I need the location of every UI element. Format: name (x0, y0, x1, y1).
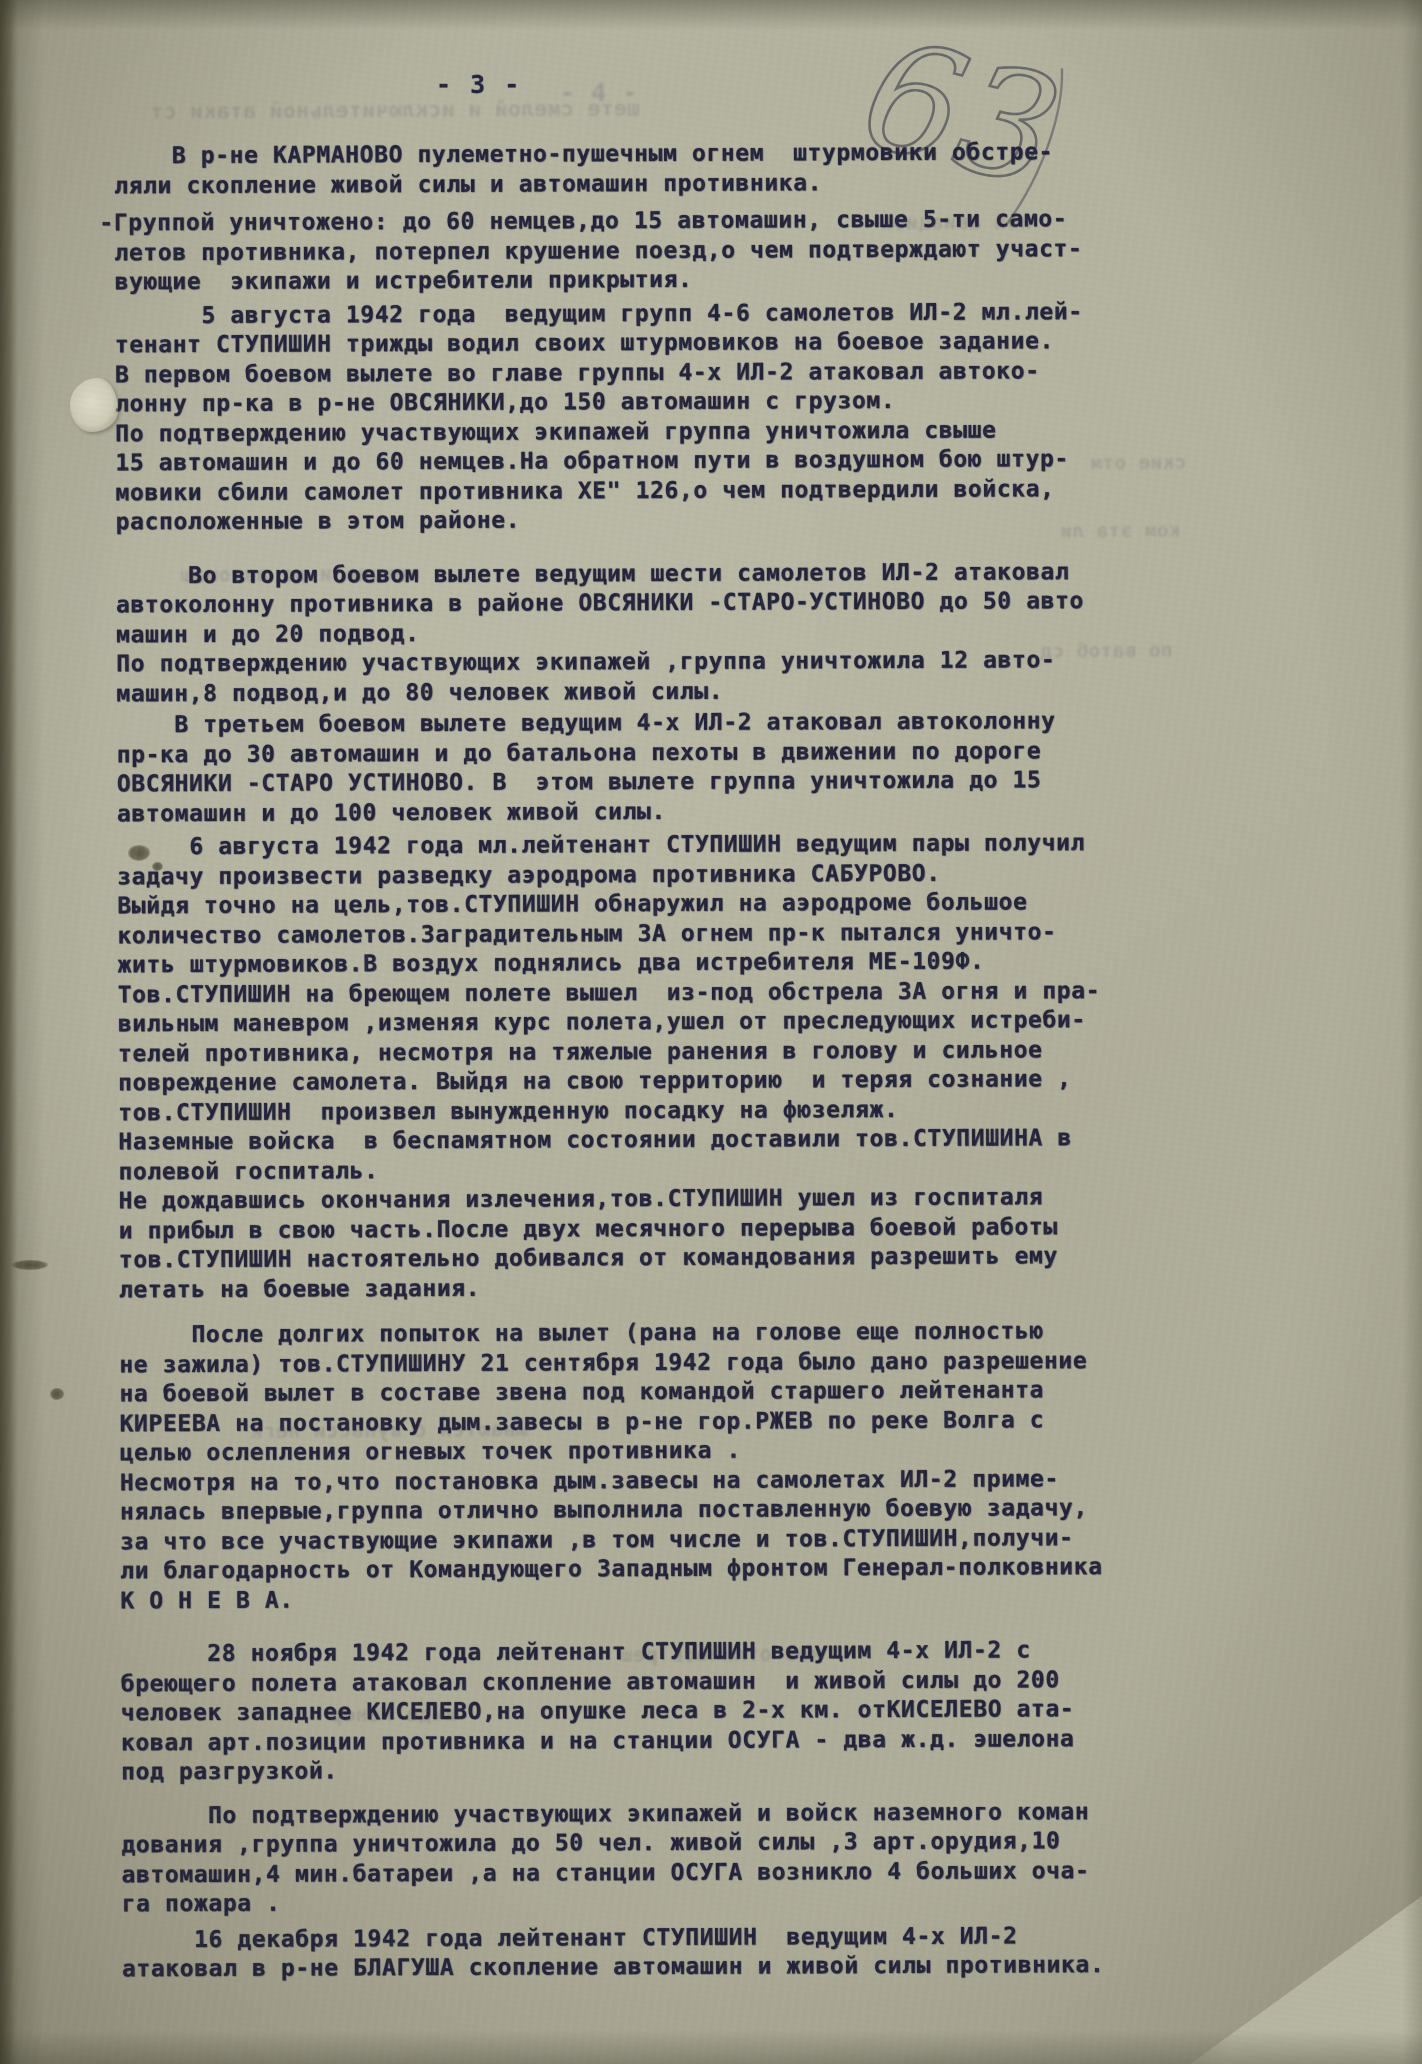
text-line: автомашин,4 мин.батареи ,а на станции ОС… (121, 1856, 1201, 1890)
text-line: В первом боевом вылете во главе группы 4… (115, 356, 1195, 390)
text-line: расположенные в этом районе. (116, 504, 1196, 538)
bleed-through-text: - 4 - (560, 78, 638, 107)
paragraph: 6 августа 1942 года мл.лейтенант СТУПИШИ… (117, 829, 1199, 1306)
text-line: -Группой уничтожено: до 60 немцев,до 15 … (114, 205, 1194, 239)
text-line: По подтверждению участвующих экипажей гр… (115, 415, 1195, 449)
paragraph: 5 августа 1942 года ведущим групп 4-6 са… (115, 297, 1196, 538)
text-line: на боевой вылет в составе звена под кома… (119, 1376, 1199, 1410)
typewritten-text-block: В р-не КАРМАНОВО пулеметно-пушечным огне… (114, 138, 1202, 1985)
text-line: К О Н Е В А. (120, 1582, 1200, 1616)
text-line: лонну пр-ка в р-не ОВСЯНИКИ,до 150 автом… (115, 386, 1195, 420)
text-line: жить штурмовиков.В воздух поднялись два … (118, 947, 1198, 981)
text-line: По подтверждению участвующих экипажей и … (121, 1797, 1201, 1831)
text-line: 15 автомашин и до 60 немцев.На обратном … (115, 445, 1195, 479)
text-line: за что все участвующие экипажи ,в том чи… (120, 1523, 1200, 1557)
text-line: ОВСЯНИКИ -СТАРО УСТИНОВО. В этом вылете … (117, 766, 1197, 800)
text-line: и прибыл в свою часть.После двух месячно… (119, 1212, 1199, 1246)
text-line: ли благодарность от Командующего Западны… (120, 1553, 1200, 1587)
paper-tear (70, 378, 118, 432)
text-line: тов.СТУПИШИН произвел вынужденную посадк… (118, 1094, 1198, 1128)
text-line: вующие экипажи и истребители прикрытия. (115, 264, 1195, 298)
paragraph: После долгих попыток на вылет (рана на г… (119, 1317, 1200, 1617)
torn-left-edge (0, 0, 18, 2064)
text-line: КИРЕЕВА на постановку дым.завесы в р-не … (120, 1405, 1200, 1439)
text-line: под разгрузкой. (121, 1754, 1201, 1788)
text-line: летать на боевые задания. (119, 1271, 1199, 1305)
text-line: Выйдя точно на цель,тов.СТУПИШИН обнаруж… (117, 888, 1197, 922)
text-line: летов противника, потерпел крушение поез… (114, 234, 1194, 268)
scanned-document-page: шете смелой и исключительной атаки ст- 4… (0, 0, 1422, 2064)
text-line: 5 августа 1942 года ведущим групп 4-6 са… (115, 297, 1195, 331)
text-line: повреждение самолета. Выйдя на свою терр… (118, 1065, 1198, 1099)
text-line: тов.СТУПИШИН настоятельно добивался от к… (119, 1242, 1199, 1276)
text-line: количество самолетов.Заградительным ЗА о… (117, 917, 1197, 951)
text-line: мовики сбили самолет противника ХЕ" 126,… (115, 474, 1195, 508)
text-line: 6 августа 1942 года мл.лейтенант СТУПИШИ… (117, 829, 1197, 863)
text-line: не зажила) тов.СТУПИШИНУ 21 сентября 194… (119, 1346, 1199, 1380)
text-line: Во втором боевом вылете ведущим шести са… (116, 557, 1196, 591)
text-line: Наземные войска в беспамятном состоянии … (118, 1124, 1198, 1158)
text-line: Тов.СТУПИШИН на бреющем полете вышел из-… (118, 976, 1198, 1010)
text-line: По подтверждению участвующих экипажей ,г… (116, 646, 1196, 680)
text-line: га пожара . (122, 1886, 1202, 1920)
paragraph: Во втором боевом вылете ведущим шести са… (116, 557, 1197, 709)
text-line: автоколонну противника в районе ОВСЯНИКИ… (116, 587, 1196, 621)
paragraph: 28 ноября 1942 года лейтенант СТУПИШИН в… (121, 1636, 1202, 1788)
text-line: задачу произвести разведку аэродрома про… (117, 858, 1197, 892)
paragraph: -Группой уничтожено: до 60 немцев,до 15 … (114, 205, 1194, 298)
text-line: целью ослепления огневых точек противник… (120, 1435, 1200, 1469)
paragraph: По подтверждению участвующих экипажей и … (121, 1797, 1202, 1920)
bleed-through-text: шете смелой и исключительной атаки ст (150, 96, 640, 123)
text-line: нялась впервые,группа отлично выполнила … (120, 1494, 1200, 1528)
page-number: - 3 - (436, 70, 521, 99)
text-line: В третьем боевом вылете ведущим 4-х ИЛ-2… (116, 707, 1196, 741)
text-line: дования ,группа уничтожила до 50 чел. жи… (121, 1827, 1201, 1861)
text-line: атаковал в р-не БЛАГУША скопление автома… (122, 1951, 1202, 1985)
folded-corner (1190, 1896, 1422, 2064)
text-line: 16 декабря 1942 года лейтенант СТУПИШИН … (122, 1921, 1202, 1955)
paragraph: В р-не КАРМАНОВО пулеметно-пушечным огне… (114, 138, 1194, 202)
text-line: машин,8 подвод,и до 80 человек живой сил… (116, 675, 1196, 709)
text-line: вильным маневром ,изменяя курс полета,уш… (118, 1006, 1198, 1040)
text-line: ляли скопление живой силы и автомашин пр… (114, 167, 1194, 201)
paragraph: В третьем боевом вылете ведущим 4-х ИЛ-2… (116, 707, 1197, 830)
text-line: машин и до 20 подвод. (116, 616, 1196, 650)
text-line: полевой госпиталь. (118, 1153, 1198, 1187)
text-line: Не дождавшись окончания излечения,тов.СТ… (119, 1183, 1199, 1217)
paper-speck (50, 1388, 64, 1400)
text-line: тенант СТУПИШИН трижды водил своих штурм… (115, 327, 1195, 361)
paragraph: 16 декабря 1942 года лейтенант СТУПИШИН … (122, 1921, 1202, 1985)
text-line: Несмотря на то,что постановка дым.завесы… (120, 1464, 1200, 1498)
text-line: ковал арт.позиции противника и на станци… (121, 1724, 1201, 1758)
text-line: 28 ноября 1942 года лейтенант СТУПИШИН в… (121, 1636, 1201, 1670)
text-line: пр-ка до 30 автомашин и до батальона пех… (117, 736, 1197, 770)
text-line: В р-не КАРМАНОВО пулеметно-пушечным огне… (114, 138, 1194, 172)
text-line: автомашин и до 100 человек живой силы. (117, 795, 1197, 829)
text-line: человек западнее КИСЕЛЕВО,на опушке леса… (121, 1695, 1201, 1729)
text-line: После долгих попыток на вылет (рана на г… (119, 1317, 1199, 1351)
text-line: телей противника, несмотря на тяжелые ра… (118, 1035, 1198, 1069)
text-line: бреющего полета атаковал скопление автом… (121, 1665, 1201, 1699)
paper-speck (12, 1260, 48, 1270)
